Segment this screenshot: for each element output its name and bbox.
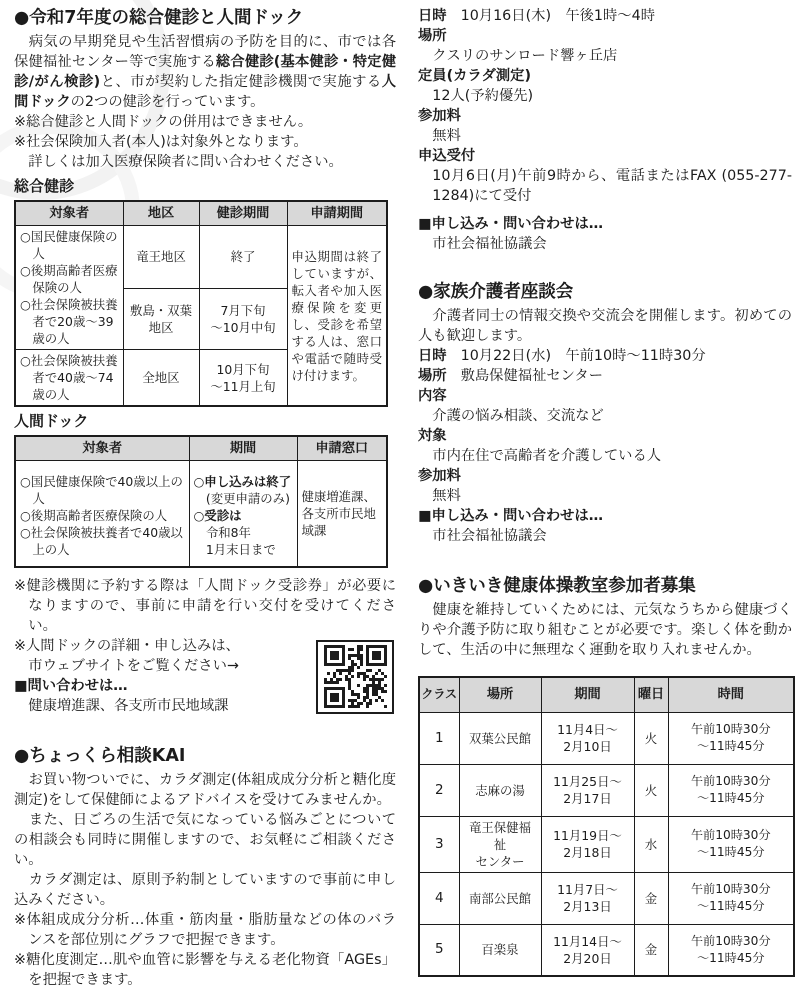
cell-place: 南部公民館 [459,872,541,924]
place-label: 場所 [418,26,792,46]
cell-period: 11月7日〜 2月13日 [541,872,634,924]
cell-day: 金 [634,872,668,924]
col-header-taishosha: 対象者 [15,201,123,226]
target-item: ○社会保険被扶養者で20歳〜39歳の人 [20,296,119,347]
col-header-kenshin-kikan: 健診期間 [199,201,287,226]
cell-day: 金 [634,924,668,976]
dock-contact-label: ■問い合わせは… [14,676,316,696]
cell-dock-window: 健康増進課、各支所市民地域課 [297,461,387,567]
kai-paragraph-3: カラダ測定は、原則予約制としていますので事前に申し込みください。 [14,870,396,910]
checkup-note-2: ※社会保険加入者(本人)は対象外となります。 [14,132,396,152]
kaigo-contact-value: 市社会福祉協議会 [418,526,792,546]
cell-time: 午前10時30分 〜11時45分 [668,712,794,764]
qr-side-text: ※人間ドックの詳細・申し込みは、 市ウェブサイトをご覧ください→ ■問い合わせは… [14,636,316,716]
cell-district: 全地区 [123,350,199,407]
checkup-intro-paragraph: 病気の早期発見や生活習慣病の予防を目的に、市では各保健福祉センター等で実施する総… [14,32,396,112]
target-label: 対象 [418,426,792,446]
section-title-kai: ●ちょっくら相談KAI [14,744,396,768]
place-value: クスリのサンロード響ヶ丘店 [418,46,792,66]
target-item: ○国民健康保険で40歳以上の人 [20,473,185,507]
datetime-label: 日時 [418,8,447,24]
content-value: 介護の悩み相談、交流など [418,406,792,426]
cell-place: 志麻の湯 [459,764,541,816]
fee-value: 無料 [418,126,792,146]
section-title-checkup: ●令和7年度の総合健診と人間ドック [14,6,396,30]
section-title-gym: ●いきいき健康体操教室参加者募集 [418,574,792,598]
table-row: 4 南部公民館 11月7日〜 2月13日 金 午前10時30分 〜11時45分 [419,872,794,924]
dock-contact-value: 健康増進課、各支所市民地域課 [14,696,316,716]
intro-text-mid: と、市が契約した指定健診機関で実施する [100,74,382,90]
period-line: ○申し込みは終了 [194,473,293,490]
cell-dock-targets: ○国民健康保険で40歳以上の人 ○後期高齢者医療保険の人 ○社会保険被扶養者で4… [15,461,189,567]
table-header-row: 対象者 期間 申請窓口 [15,436,387,461]
target-item: ○社会保険被扶養者で40歳〜74歳の人 [20,352,119,403]
cell-target-group-b: ○社会保険被扶養者で40歳〜74歳の人 [15,350,123,407]
table-header-row: クラス 場所 期間 曜日 時間 [419,677,794,712]
cell-day: 火 [634,712,668,764]
cell-district: 竜王地区 [123,226,199,289]
cell-place: 双葉公民館 [459,712,541,764]
kaigo-contact-label: ■申し込み・問い合わせは… [418,506,792,526]
cell-period: 終了 [199,226,287,289]
right-column: 日時10月16日(木) 午後1時〜4時 場所 クスリのサンロード響ヶ丘店 定員(… [418,6,792,990]
period-line: 令和8年 [194,524,293,541]
cell-day: 火 [634,764,668,816]
period-line: ○受診は [194,507,293,524]
cell-time: 午前10時30分 〜11時45分 [668,764,794,816]
col-header-time: 時間 [668,677,794,712]
capacity-label: 定員(カラダ測定) [418,66,792,86]
cell-target-group-a: ○国民健康保険の人 ○後期高齢者医療保険の人 ○社会保険被扶養者で20歳〜39歳… [15,226,123,350]
cell-period: 11月14日〜 2月20日 [541,924,634,976]
target-item: ○後期高齢者医療保険の人 [20,262,119,296]
table1-caption: 総合健診 [14,176,396,197]
content-label: 内容 [418,386,792,406]
kaigo-datetime: 日時10月22日(水) 午前10時〜11時30分 [418,346,792,366]
period-line: 1月末日まで [194,541,293,558]
cell-period: 11月19日〜 2月18日 [541,816,634,872]
cell-class: 1 [419,712,459,764]
fee-label: 参加料 [418,106,792,126]
col-header-period: 期間 [541,677,634,712]
datetime-value: 10月22日(水) 午前10時〜11時30分 [461,348,706,364]
checkup-note-1: ※総合健診と人間ドックの併用はできません。 [14,112,396,132]
cell-time: 午前10時30分 〜11時45分 [668,924,794,976]
kaigo-intro: 介護者同士の情報交換や交流会を開催します。初めての人も歓迎します。 [418,306,792,346]
capacity-value: 12人(予約優先) [418,86,792,106]
cell-period: 7月下旬 〜10月中旬 [199,288,287,349]
col-header-shinsei-madoguchi: 申請窓口 [297,436,387,461]
fee-value: 無料 [418,486,792,506]
kai-datetime: 日時10月16日(木) 午後1時〜4時 [418,6,792,26]
cell-class: 5 [419,924,459,976]
place-label: 場所 [418,368,447,384]
cell-place: 百楽泉 [459,924,541,976]
cell-apply-note: 申込期間は終了していますが、転入者や加入医療保険を変更し、受診を希望する人は、窓… [287,226,387,407]
table-row: ○国民健康保険で40歳以上の人 ○後期高齢者医療保険の人 ○社会保険被扶養者で4… [15,461,387,567]
cell-class: 3 [419,816,459,872]
table-row: 2 志麻の湯 11月25日〜 2月17日 火 午前10時30分 〜11時45分 [419,764,794,816]
cell-time: 午前10時30分 〜11時45分 [668,872,794,924]
kai-contact-label: ■申し込み・問い合わせは… [418,214,792,234]
cell-class: 2 [419,764,459,816]
cell-dock-period: ○申し込みは終了 (変更申請のみ) ○受診は 令和8年 1月末日まで [189,461,297,567]
intro-text-post: の2つの健診を行っています。 [71,94,265,110]
cell-time: 午前10時30分 〜11時45分 [668,816,794,872]
qr-code [316,640,394,714]
table-row: ○国民健康保険の人 ○後期高齢者医療保険の人 ○社会保険被扶養者で20歳〜39歳… [15,226,387,289]
dock-note-voucher: ※健診機関に予約する際は「人間ドック受診券」が必要になりますので、事前に申請を行… [14,576,396,636]
kai-contact-value: 市社会福祉協議会 [418,234,792,254]
kai-note-ages: ※糖化度測定…肌や血管に影響を与える老化物資「AGEs」を把握できます。 [14,950,396,990]
qr-code-pattern [324,645,387,708]
target-item: ○後期高齢者医療保険の人 [20,507,185,524]
kaigo-place: 場所敷島保健福祉センター [418,366,792,386]
table-row: 1 双葉公民館 11月4日〜 2月10日 火 午前10時30分 〜11時45分 [419,712,794,764]
kai-note-body-analysis: ※体組成成分分析…体重・筋肉量・脂肪量などの体のバランスを部位別にグラフで把握で… [14,910,396,950]
dock-note-web-1: ※人間ドックの詳細・申し込みは、 [14,636,316,656]
checkup-note-3: 詳しくは加入医療保険者に問い合わせください。 [14,152,396,172]
sogokenshin-table: 対象者 地区 健診期間 申請期間 ○国民健康保険の人 ○後期高齢者医療保険の人 … [14,200,388,407]
cell-place: 竜王保健福祉 センター [459,816,541,872]
newsletter-page: ●令和7年度の総合健診と人間ドック 病気の早期発見や生活習慣病の予防を目的に、市… [0,0,800,990]
cell-period: 11月4日〜 2月10日 [541,712,634,764]
cell-period: 10月下旬 〜11月上旬 [199,350,287,407]
dock-note-web-2: 市ウェブサイトをご覧ください→ [14,656,316,676]
target-item: ○社会保険被扶養者で40歳以上の人 [20,524,185,558]
col-header-chiku: 地区 [123,201,199,226]
cell-period: 11月25日〜 2月17日 [541,764,634,816]
target-value: 市内在住で高齢者を介護している人 [418,446,792,466]
section-title-kaigo: ●家族介護者座談会 [418,280,792,304]
fee-label: 参加料 [418,466,792,486]
datetime-label: 日時 [418,348,447,364]
table2-caption: 人間ドック [14,411,396,432]
table-row: 3 竜王保健福祉 センター 11月19日〜 2月18日 水 午前10時30分 〜… [419,816,794,872]
left-column: ●令和7年度の総合健診と人間ドック 病気の早期発見や生活習慣病の予防を目的に、市… [14,6,396,990]
ningendock-table: 対象者 期間 申請窓口 ○国民健康保険で40歳以上の人 ○後期高齢者医療保険の人… [14,435,388,568]
apply-label: 申込受付 [418,146,792,166]
datetime-value: 10月16日(木) 午後1時〜4時 [461,8,655,24]
col-header-class: クラス [419,677,459,712]
gym-intro: 健康を維持していくためには、元気なうちから健康づくりや介護予防に取り組むことが必… [418,600,792,660]
target-item: ○国民健康保険の人 [20,228,119,262]
cell-district: 敷島・双葉 地区 [123,288,199,349]
col-header-place: 場所 [459,677,541,712]
table-header-row: 対象者 地区 健診期間 申請期間 [15,201,387,226]
qr-row: ※人間ドックの詳細・申し込みは、 市ウェブサイトをご覧ください→ ■問い合わせは… [14,636,396,716]
dock-notes: ※健診機関に予約する際は「人間ドック受診券」が必要になりますので、事前に申請を行… [14,576,396,716]
apply-value: 10月6日(月)午前9時から、電話またはFAX (055-277-1284)にて… [418,166,792,206]
kai-paragraph-1: お買い物ついでに、カラダ測定(体組成成分分析と糖化度測定)をして保健師によるアド… [14,770,396,810]
kai-paragraph-2: また、日ごろの生活で気になっている悩みごとについての相談会も同時に開催しますので… [14,810,396,870]
col-header-day: 曜日 [634,677,668,712]
col-header-kikan: 期間 [189,436,297,461]
table-row: 5 百楽泉 11月14日〜 2月20日 金 午前10時30分 〜11時45分 [419,924,794,976]
place-value: 敷島保健福祉センター [461,368,603,384]
cell-day: 水 [634,816,668,872]
cell-class: 4 [419,872,459,924]
col-header-taishosha: 対象者 [15,436,189,461]
col-header-shinsei-kikan: 申請期間 [287,201,387,226]
period-line: (変更申請のみ) [194,490,293,507]
gym-schedule-table: クラス 場所 期間 曜日 時間 1 双葉公民館 11月4日〜 2月10日 火 午… [418,676,795,977]
